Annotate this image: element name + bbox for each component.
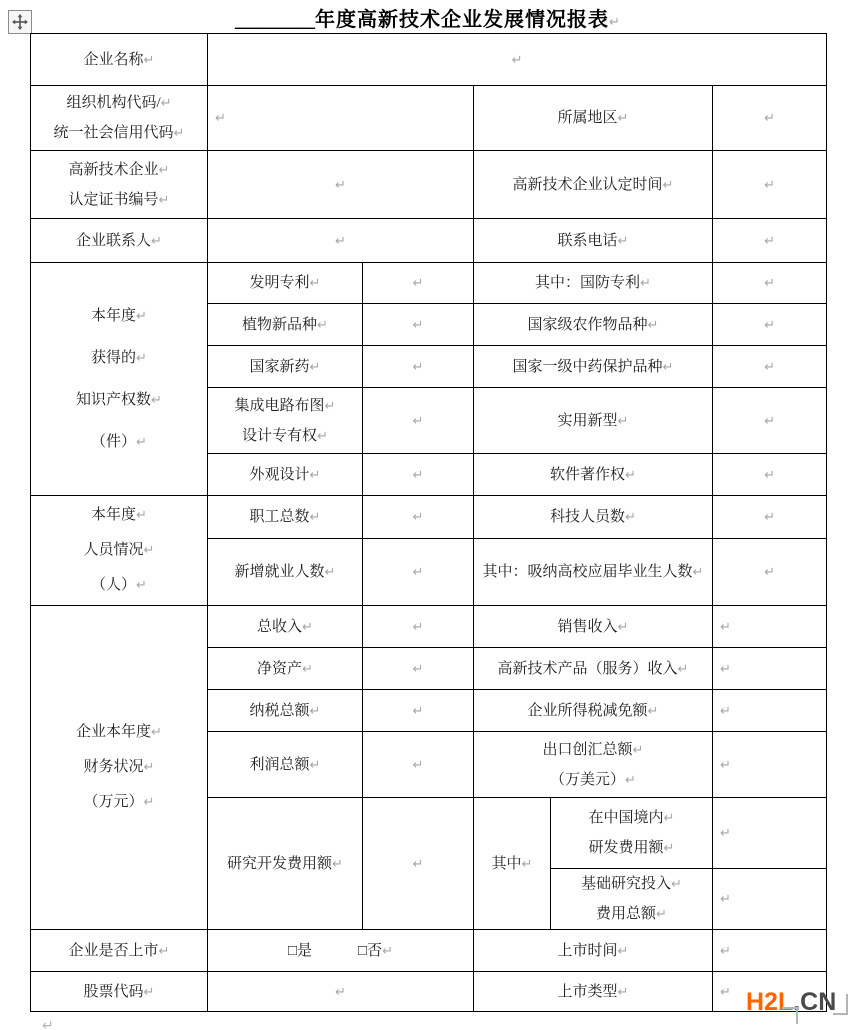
- value-cell-region[interactable]: ↵: [713, 86, 827, 151]
- value-cell-total-profit[interactable]: ↵: [363, 732, 474, 798]
- label-sales-income: 销售收入↵: [474, 606, 713, 648]
- value-cell-new-employment[interactable]: ↵: [363, 539, 474, 606]
- label-total-tax: 纳税总额↵: [208, 690, 363, 732]
- label-new-drug: 国家新药↵: [208, 346, 363, 388]
- page-corner-mark: [833, 994, 848, 1015]
- value-cell-domestic-rd[interactable]: ↵: [713, 798, 827, 869]
- label-total-income: 总收入↵: [208, 606, 363, 648]
- value-cell-tech-staff[interactable]: ↵: [713, 496, 827, 539]
- label-list-time: 上市时间↵: [474, 930, 713, 972]
- label-total-profit: 利润总额↵: [208, 732, 363, 798]
- label-ic-layout: 集成电路布图↵ 设计专有权↵: [208, 388, 363, 454]
- label-basic-research: 基础研究投入↵ 费用总额↵: [551, 869, 713, 930]
- label-list-type: 上市类型↵: [474, 972, 713, 1012]
- label-region: 所属地区↵: [474, 86, 713, 151]
- label-tcm-protection: 国家一级中药保护品种↵: [474, 346, 713, 388]
- label-graduates: 其中：吸纳高校应届毕业生人数↵: [474, 539, 713, 606]
- value-cell-utility-model[interactable]: ↵: [713, 388, 827, 454]
- label-plant-variety: 植物新品种↵: [208, 304, 363, 346]
- value-cell-phone[interactable]: ↵: [713, 219, 827, 263]
- label-ip-section: 本年度↵ 获得的↵ 知识产权数↵ （件）↵: [31, 263, 208, 496]
- value-cell-cert-no[interactable]: ↵: [208, 151, 474, 219]
- word-document-page: { "pilcrow": "↵", "title": { "blank": "_…: [0, 0, 856, 1030]
- value-cell-ic-layout[interactable]: ↵: [363, 388, 474, 454]
- value-cell-stock-code[interactable]: ↵: [208, 972, 474, 1012]
- label-new-employment: 新增就业人数↵: [208, 539, 363, 606]
- value-cell-invention-patent[interactable]: ↵: [363, 263, 474, 304]
- label-software-copyright: 软件著作权↵: [474, 454, 713, 496]
- label-domestic-rd: 在中国境内↵ 研发费用额↵: [551, 798, 713, 869]
- title-text: 年度高新技术企业发展情况报表: [315, 9, 609, 31]
- label-cert-no: 高新技术企业↵ 认定证书编号↵: [31, 151, 208, 219]
- value-cell-total-tax[interactable]: ↵: [363, 690, 474, 732]
- value-cell-net-assets[interactable]: ↵: [363, 648, 474, 690]
- value-cell-defense-patent[interactable]: ↵: [713, 263, 827, 304]
- value-cell-cert-time[interactable]: ↵: [713, 151, 827, 219]
- title-blank-line: ________: [235, 9, 315, 31]
- label-is-listed: 企业是否上市↵: [31, 930, 208, 972]
- value-cell-graduates[interactable]: ↵: [713, 539, 827, 606]
- value-cell-contact[interactable]: ↵: [208, 219, 474, 263]
- value-cell-sales-income[interactable]: ↵: [713, 606, 827, 648]
- label-among: 其中↵: [474, 798, 551, 930]
- label-defense-patent: 其中：国防专利↵: [474, 263, 713, 304]
- value-cell-software-copyright[interactable]: ↵: [713, 454, 827, 496]
- checkbox-yes[interactable]: □是: [288, 943, 312, 959]
- paragraph-mark: ↵: [609, 15, 621, 30]
- label-national-crop: 国家级农作物品种↵: [474, 304, 713, 346]
- value-cell-basic-research[interactable]: ↵: [713, 869, 827, 930]
- label-org-code: 组织机构代码/↵ 统一社会信用代码↵: [31, 86, 208, 151]
- page-title: ________年度高新技术企业发展情况报表↵: [0, 3, 856, 32]
- value-cell-plant-variety[interactable]: ↵: [363, 304, 474, 346]
- label-enterprise-name: 企业名称↵: [31, 34, 208, 86]
- value-cell-export[interactable]: ↵: [713, 732, 827, 798]
- label-phone: 联系电话↵: [474, 219, 713, 263]
- value-cell-national-crop[interactable]: ↵: [713, 304, 827, 346]
- watermark-secondary: .CN: [793, 988, 836, 1016]
- label-stock-code: 股票代码↵: [31, 972, 208, 1012]
- label-personnel-section: 本年度↵ 人员情况↵ （人）↵: [31, 496, 208, 606]
- value-cell-total-staff[interactable]: ↵: [363, 496, 474, 539]
- value-cell-org-code[interactable]: ↵: [208, 86, 474, 151]
- page-corner-mark: [782, 1007, 798, 1024]
- label-appearance-design: 外观设计↵: [208, 454, 363, 496]
- clipped-paragraph-mark: ↵: [42, 1018, 54, 1030]
- label-net-assets: 净资产↵: [208, 648, 363, 690]
- label-ht-income: 高新技术产品（服务）收入↵: [474, 648, 713, 690]
- label-tax-relief: 企业所得税减免额↵: [474, 690, 713, 732]
- value-cell-ht-income[interactable]: ↵: [713, 648, 827, 690]
- label-utility-model: 实用新型↵: [474, 388, 713, 454]
- value-cell-rd-expense[interactable]: ↵: [363, 798, 474, 930]
- checkbox-no[interactable]: □否: [358, 943, 382, 959]
- value-cell-appearance-design[interactable]: ↵: [363, 454, 474, 496]
- label-tech-staff: 科技人员数↵: [474, 496, 713, 539]
- label-finance-section: 企业本年度↵ 财务状况↵ （万元）↵: [31, 606, 208, 930]
- value-cell-tcm-protection[interactable]: ↵: [713, 346, 827, 388]
- value-cell-new-drug[interactable]: ↵: [363, 346, 474, 388]
- label-invention-patent: 发明专利↵: [208, 263, 363, 304]
- value-cell-is-listed: □是□否↵: [208, 930, 474, 972]
- label-total-staff: 职工总数↵: [208, 496, 363, 539]
- value-cell-total-income[interactable]: ↵: [363, 606, 474, 648]
- label-rd-expense: 研究开发费用额↵: [208, 798, 363, 930]
- value-cell-tax-relief[interactable]: ↵: [713, 690, 827, 732]
- value-cell-enterprise-name[interactable]: ↵: [208, 34, 827, 86]
- label-contact: 企业联系人↵: [31, 219, 208, 263]
- report-table: 企业名称↵ ↵ 组织机构代码/↵ 统一社会信用代码↵ ↵ 所属地区↵ ↵ 高新技…: [30, 33, 827, 1012]
- label-export: 出口创汇总额↵ （万美元）↵: [474, 732, 713, 798]
- label-cert-time: 高新技术企业认定时间↵: [474, 151, 713, 219]
- value-cell-list-time[interactable]: ↵: [713, 930, 827, 972]
